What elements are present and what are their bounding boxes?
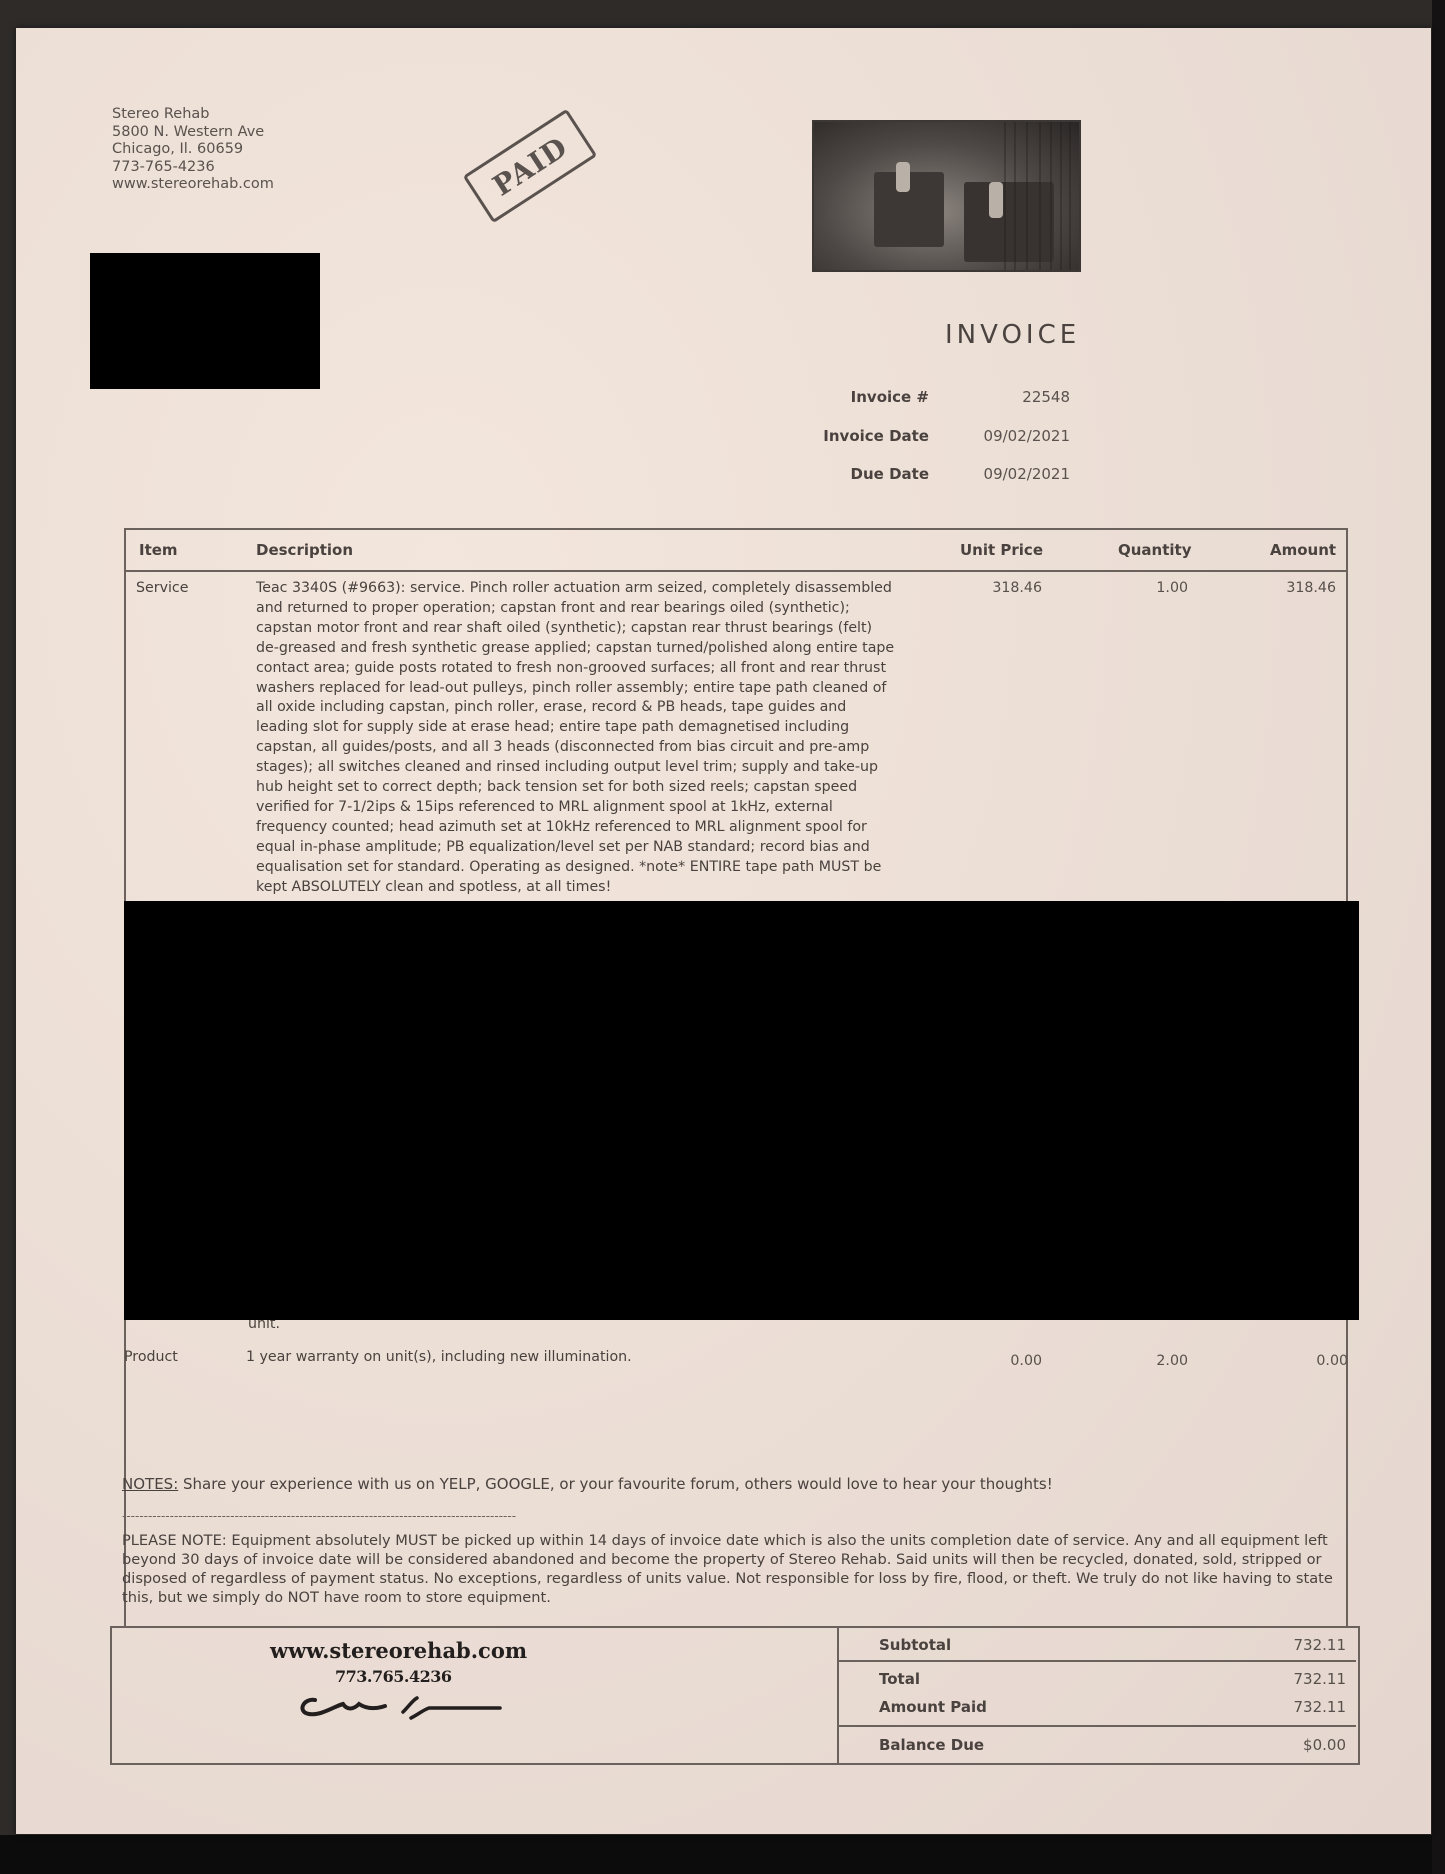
print-stripe xyxy=(1050,122,1052,270)
invoice-date-value: 09/02/2021 xyxy=(920,427,1070,445)
print-stripe xyxy=(1060,122,1062,270)
company-name: Stereo Rehab xyxy=(112,106,274,124)
row-quantity: 2.00 xyxy=(1068,1353,1188,1369)
subtotal-value: 732.11 xyxy=(1294,1636,1347,1654)
notes-label: NOTES: xyxy=(122,1475,178,1493)
invoice-number-label: Invoice # xyxy=(729,388,929,406)
print-stripe xyxy=(1039,122,1041,270)
total-label: Total xyxy=(879,1670,920,1688)
amount-paid-value: 732.11 xyxy=(1294,1698,1347,1716)
background-edge xyxy=(1432,0,1445,1874)
balance-due-value: $0.00 xyxy=(1303,1736,1346,1754)
print-stripe xyxy=(1069,122,1071,270)
tube-shape xyxy=(896,162,910,192)
notes-separator: ----------------------------------------… xyxy=(122,1509,622,1523)
company-website: www.stereorehab.com xyxy=(112,176,274,194)
column-header-amount: Amount xyxy=(1270,541,1336,559)
balance-due-label: Balance Due xyxy=(879,1736,984,1754)
invoice-date-label: Invoice Date xyxy=(729,427,929,445)
notes-text: Share your experience with us on YELP, G… xyxy=(178,1475,1052,1493)
background-surface xyxy=(0,1835,1445,1874)
company-city: Chicago, Il. 60659 xyxy=(112,141,274,159)
print-stripe xyxy=(1026,122,1028,270)
row-item: Service xyxy=(136,580,188,596)
total-value: 732.11 xyxy=(1294,1670,1347,1688)
row-quantity: 1.00 xyxy=(1068,580,1188,596)
row-description: Teac 3340S (#9663): service. Pinch rolle… xyxy=(256,579,896,898)
row-item: Product xyxy=(124,1349,178,1365)
totals-line xyxy=(837,1660,1356,1662)
print-stripe xyxy=(1004,122,1006,270)
due-date-value: 09/02/2021 xyxy=(920,465,1070,483)
row-amount: 0.00 xyxy=(1228,1353,1348,1369)
totals-line xyxy=(837,1725,1356,1727)
column-header-quantity: Quantity xyxy=(1118,541,1192,559)
tube-shape xyxy=(989,182,1003,218)
pickup-policy: PLEASE NOTE: Equipment absolutely MUST b… xyxy=(122,1531,1342,1607)
invoice-number-value: 22548 xyxy=(920,388,1070,406)
column-header-description: Description xyxy=(256,541,353,559)
totals-panel: Subtotal 732.11 Total 732.11 Amount Paid… xyxy=(110,1626,1360,1766)
amount-paid-label: Amount Paid xyxy=(879,1698,987,1716)
redacted-customer-address xyxy=(90,253,320,389)
row-unit-price: 318.46 xyxy=(922,580,1042,596)
row-unit-price: 0.00 xyxy=(922,1353,1042,1369)
column-header-unit-price: Unit Price xyxy=(960,541,1043,559)
print-stripe xyxy=(1014,122,1016,270)
redacted-line-items xyxy=(124,901,1359,1320)
amplifier-photo xyxy=(812,120,1081,272)
company-address: Stereo Rehab 5800 N. Western Ave Chicago… xyxy=(112,106,274,194)
notes: NOTES: Share your experience with us on … xyxy=(122,1475,1053,1493)
company-street: 5800 N. Western Ave xyxy=(112,124,274,142)
due-date-label: Due Date xyxy=(729,465,929,483)
invoice-title: INVOICE xyxy=(945,320,1080,350)
subtotal-label: Subtotal xyxy=(879,1636,951,1654)
column-header-item: Item xyxy=(139,541,178,559)
row-amount: 318.46 xyxy=(1216,580,1336,596)
totals-line xyxy=(837,1626,1356,1628)
company-phone: 773-765-4236 xyxy=(112,159,274,177)
table-header: Item Description Unit Price Quantity Amo… xyxy=(126,530,1346,572)
row-description: 1 year warranty on unit(s), including ne… xyxy=(246,1349,632,1365)
